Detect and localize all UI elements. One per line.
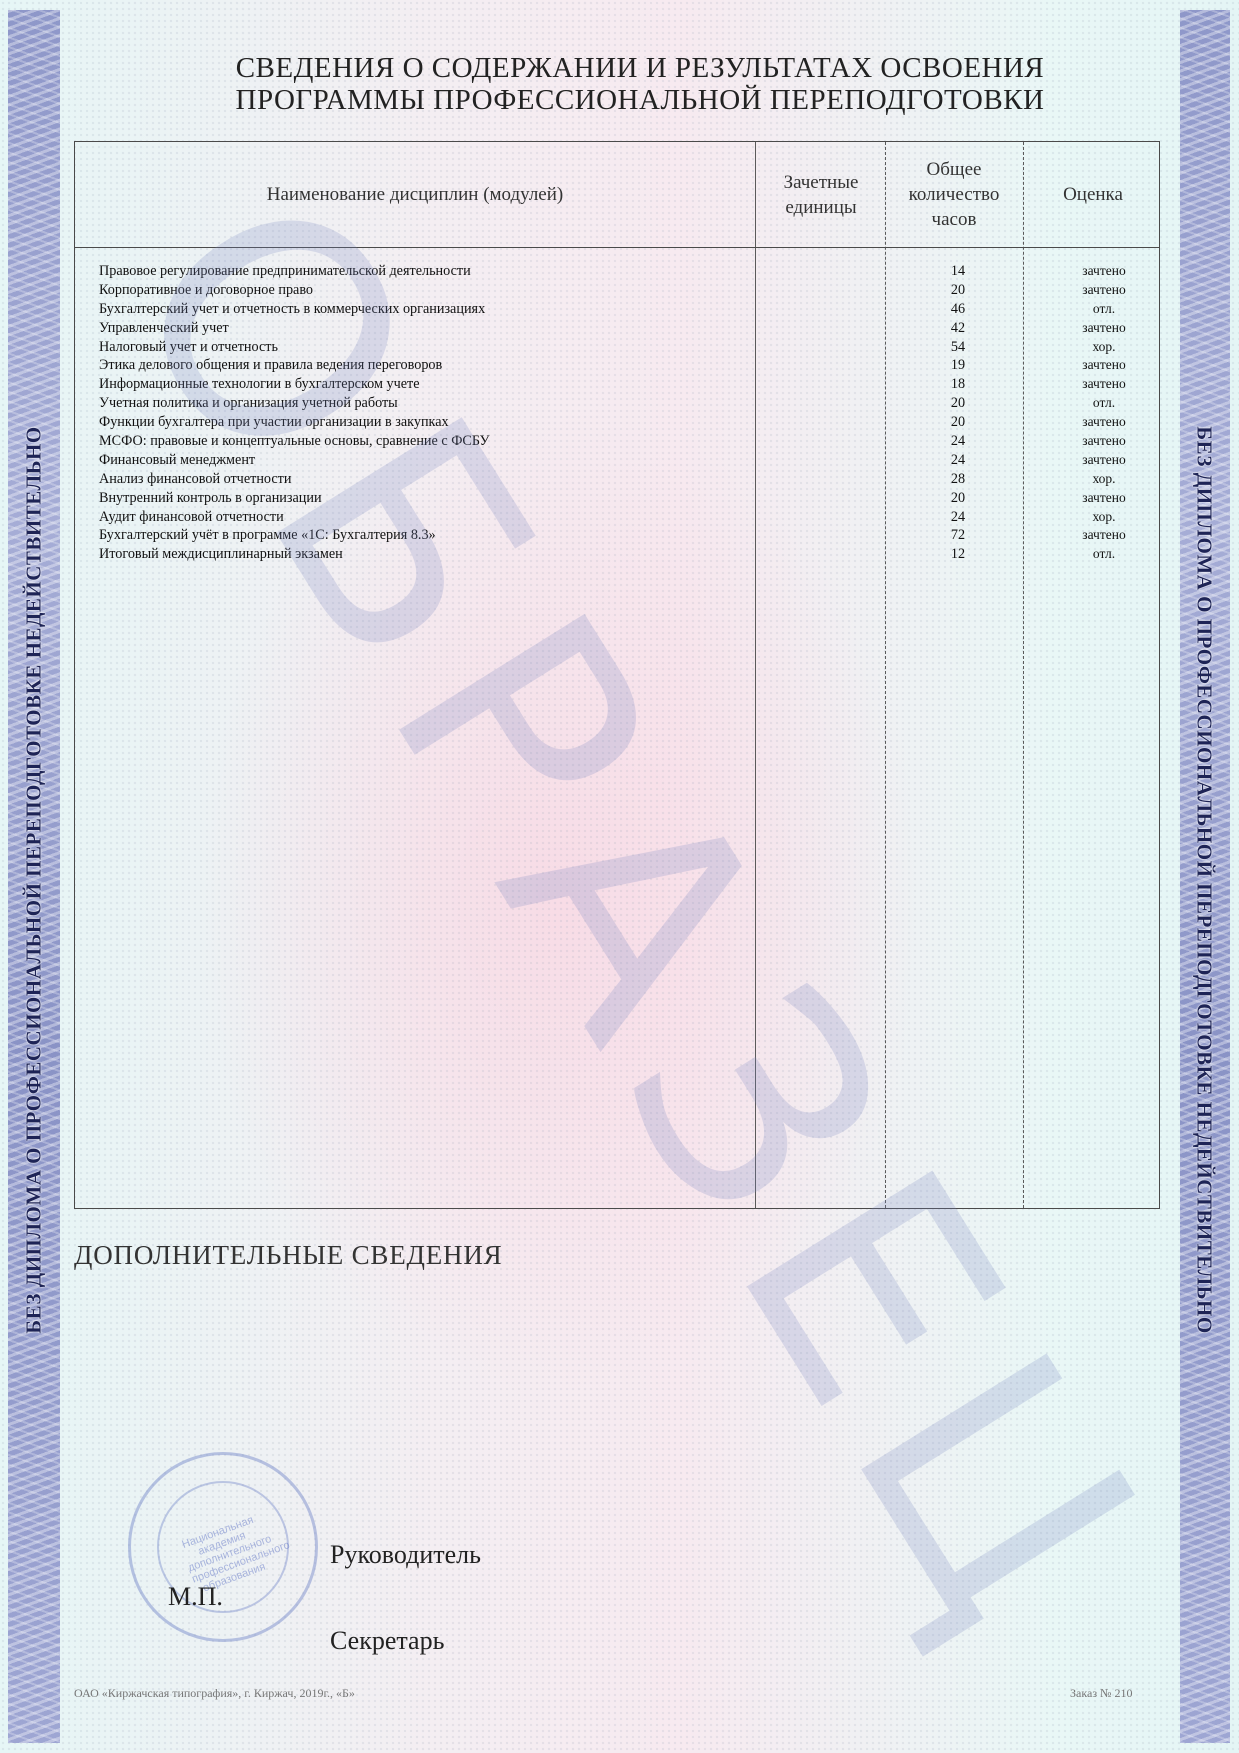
discipline-name: Бухгалтерский учёт в программе «1С: Бухг…	[99, 526, 436, 545]
header-credits: Зачетные единицы	[765, 142, 877, 247]
grade-value: зачтено	[1054, 281, 1154, 300]
discipline-name: Информационные технологии в бухгалтерско…	[99, 375, 420, 394]
grade-value: отл.	[1054, 394, 1154, 413]
table-row: МСФО: правовые и концептуальные основы, …	[99, 432, 1149, 451]
grade-value: отл.	[1054, 300, 1154, 319]
grade-value: хор.	[1054, 470, 1154, 489]
discipline-name: МСФО: правовые и концептуальные основы, …	[99, 432, 490, 451]
document-content: СВЕДЕНИЯ О СОДЕРЖАНИИ И РЕЗУЛЬТАТАХ ОСВО…	[0, 0, 1239, 1753]
hours-value: 20	[935, 413, 981, 432]
hours-value: 20	[935, 489, 981, 508]
hours-value: 19	[935, 356, 981, 375]
order-number: Заказ № 210	[1070, 1686, 1133, 1701]
table-body: Правовое регулирование предпринимательск…	[99, 262, 1149, 564]
discipline-name: Корпоративное и договорное право	[99, 281, 313, 300]
grade-value: хор.	[1054, 338, 1154, 357]
hours-value: 46	[935, 300, 981, 319]
hours-value: 20	[935, 281, 981, 300]
printer-info: ОАО «Киржачская типография», г. Киржач, …	[74, 1686, 355, 1701]
header-divider	[75, 247, 1159, 248]
grade-value: зачтено	[1054, 489, 1154, 508]
discipline-name: Налоговый учет и отчетность	[99, 338, 278, 357]
hours-value: 20	[935, 394, 981, 413]
discipline-name: Анализ финансовой отчетности	[99, 470, 291, 489]
discipline-name: Учетная политика и организация учетной р…	[99, 394, 398, 413]
grade-value: зачтено	[1054, 262, 1154, 281]
discipline-name: Этика делового общения и правила ведения…	[99, 356, 442, 375]
disciplines-table: Наименование дисциплин (модулей) Зачетны…	[74, 141, 1160, 1209]
grade-value: отл.	[1054, 545, 1154, 564]
table-row: Бухгалтерский учет и отчетность в коммер…	[99, 300, 1149, 319]
grade-value: зачтено	[1054, 356, 1154, 375]
seal-stamp: Национальная академия дополнительного пр…	[128, 1452, 318, 1642]
table-row: Бухгалтерский учёт в программе «1С: Бухг…	[99, 526, 1149, 545]
table-row: Управленческий учет42зачтено	[99, 319, 1149, 338]
grade-value: зачтено	[1054, 375, 1154, 394]
title-line-2: ПРОГРАММЫ ПРОФЕССИОНАЛЬНОЙ ПЕРЕПОДГОТОВК…	[150, 84, 1130, 116]
table-row: Внутренний контроль в организации20зачте…	[99, 489, 1149, 508]
table-row: Анализ финансовой отчетности28хор.	[99, 470, 1149, 489]
discipline-name: Внутренний контроль в организации	[99, 489, 322, 508]
header-grade: Оценка	[1025, 142, 1161, 247]
discipline-name: Функции бухгалтера при участии организац…	[99, 413, 449, 432]
hours-value: 12	[935, 545, 981, 564]
header-discipline: Наименование дисциплин (модулей)	[75, 142, 755, 247]
grade-value: зачтено	[1054, 451, 1154, 470]
hours-value: 72	[935, 526, 981, 545]
page-title: СВЕДЕНИЯ О СОДЕРЖАНИИ И РЕЗУЛЬТАТАХ ОСВО…	[150, 52, 1130, 116]
table-row: Аудит финансовой отчетности24хор.	[99, 508, 1149, 527]
grade-value: хор.	[1054, 508, 1154, 527]
hours-value: 28	[935, 470, 981, 489]
additional-info-title: ДОПОЛНИТЕЛЬНЫЕ СВЕДЕНИЯ	[74, 1240, 502, 1271]
hours-value: 54	[935, 338, 981, 357]
hours-value: 14	[935, 262, 981, 281]
discipline-name: Финансовый менеджмент	[99, 451, 255, 470]
grade-value: зачтено	[1054, 319, 1154, 338]
title-line-1: СВЕДЕНИЯ О СОДЕРЖАНИИ И РЕЗУЛЬТАТАХ ОСВО…	[150, 52, 1130, 84]
discipline-name: Аудит финансовой отчетности	[99, 508, 284, 527]
table-row: Этика делового общения и правила ведения…	[99, 356, 1149, 375]
hours-value: 24	[935, 432, 981, 451]
header-hours: Общее количество часов	[895, 142, 1013, 247]
grade-value: зачтено	[1054, 526, 1154, 545]
hours-value: 42	[935, 319, 981, 338]
hours-value: 24	[935, 508, 981, 527]
table-row: Корпоративное и договорное право20зачтен…	[99, 281, 1149, 300]
discipline-name: Бухгалтерский учет и отчетность в коммер…	[99, 300, 485, 319]
table-row: Функции бухгалтера при участии организац…	[99, 413, 1149, 432]
grade-value: зачтено	[1054, 432, 1154, 451]
table-row: Правовое регулирование предпринимательск…	[99, 262, 1149, 281]
grade-value: зачтено	[1054, 413, 1154, 432]
discipline-name: Итоговый междисциплинарный экзамен	[99, 545, 343, 564]
stamp-place-label: М.П.	[168, 1582, 223, 1612]
table-row: Информационные технологии в бухгалтерско…	[99, 375, 1149, 394]
secretary-label: Секретарь	[330, 1626, 444, 1656]
table-row: Учетная политика и организация учетной р…	[99, 394, 1149, 413]
discipline-name: Правовое регулирование предпринимательск…	[99, 262, 471, 281]
table-row: Финансовый менеджмент24зачтено	[99, 451, 1149, 470]
hours-value: 24	[935, 451, 981, 470]
table-row: Налоговый учет и отчетность54хор.	[99, 338, 1149, 357]
table-row: Итоговый междисциплинарный экзамен12отл.	[99, 545, 1149, 564]
discipline-name: Управленческий учет	[99, 319, 229, 338]
director-label: Руководитель	[330, 1540, 481, 1570]
hours-value: 18	[935, 375, 981, 394]
